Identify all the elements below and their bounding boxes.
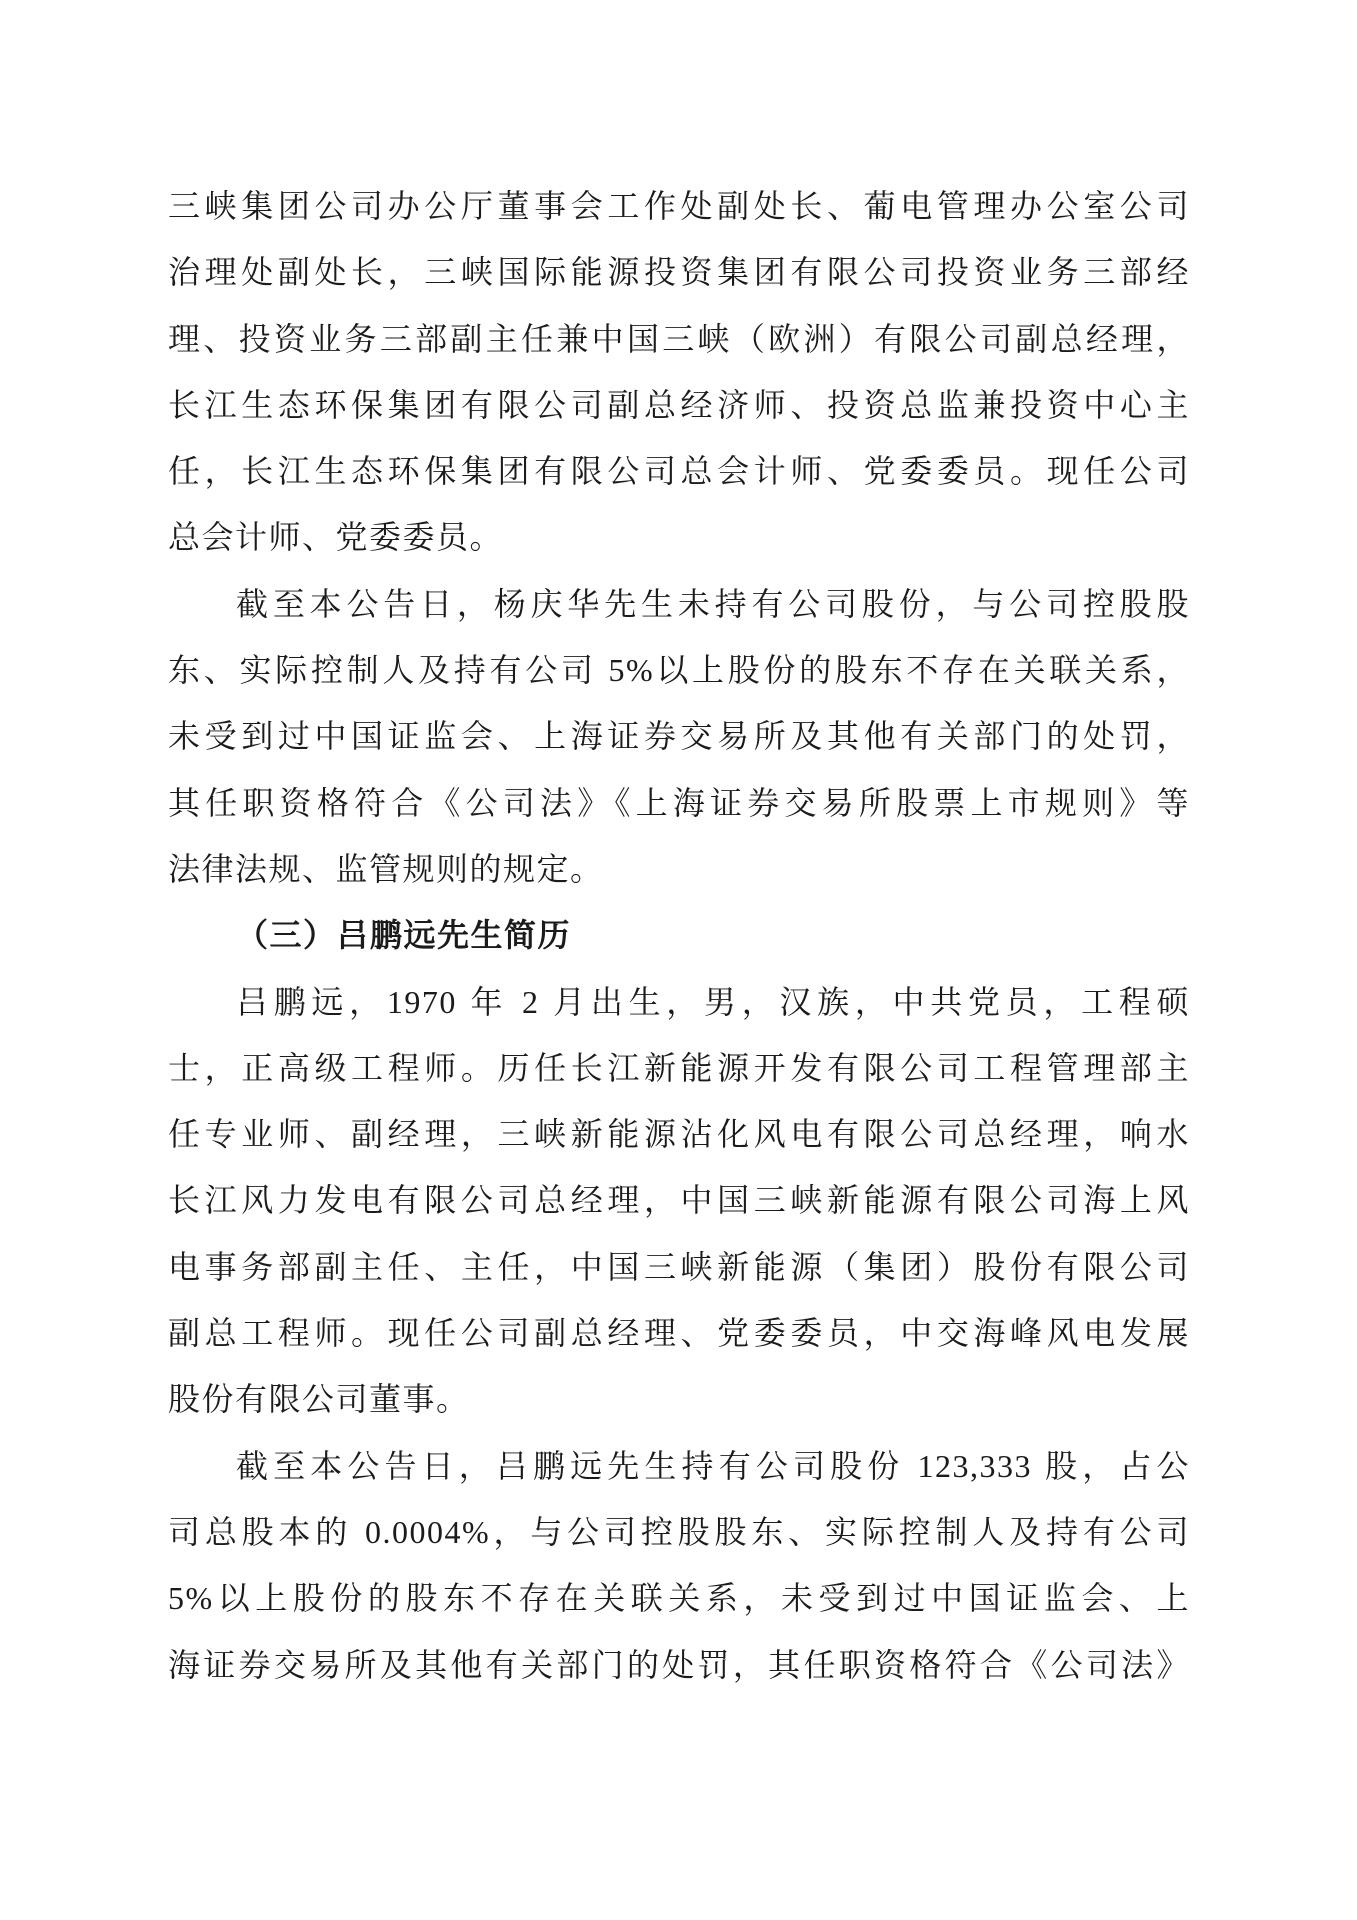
text-line: 三峡集团公司办公厅董事会工作处副处长、葡电管理办公室公司 bbox=[168, 173, 1190, 239]
text-line: 东、实际控制人及持有公司 5%以上股份的股东不存在关联关系， bbox=[168, 637, 1190, 703]
text-line: 法律法规、监管规则的规定。 bbox=[168, 836, 1190, 902]
text-line: 电事务部副主任、主任，中国三峡新能源（集团）股份有限公司 bbox=[168, 1234, 1190, 1300]
text-line: 截至本公告日，杨庆华先生未持有公司股份，与公司控股股 bbox=[168, 571, 1190, 637]
text-line: 长江风力发电有限公司总经理，中国三峡新能源有限公司海上风 bbox=[168, 1167, 1190, 1233]
text-line: 士，正高级工程师。历任长江新能源开发有限公司工程管理部主 bbox=[168, 1035, 1190, 1101]
text-line: 未受到过中国证监会、上海证券交易所及其他有关部门的处罚， bbox=[168, 703, 1190, 769]
text-line: 海证券交易所及其他有关部门的处罚，其任职资格符合《公司法》 bbox=[168, 1632, 1190, 1698]
text-line: 截至本公告日，吕鹏远先生持有公司股份 123,333 股，占公 bbox=[168, 1433, 1190, 1499]
text-line: 其任职资格符合《公司法》《上海证券交易所股票上市规则》等 bbox=[168, 770, 1190, 836]
document-page: 三峡集团公司办公厅董事会工作处副处长、葡电管理办公室公司 治理处副处长，三峡国际… bbox=[0, 0, 1357, 1920]
text-line: 理、投资业务三部副主任兼中国三峡（欧洲）有限公司副总经理， bbox=[168, 306, 1190, 372]
text-line: 治理处副处长，三峡国际能源投资集团有限公司投资业务三部经 bbox=[168, 239, 1190, 305]
text-line: 任，长江生态环保集团有限公司总会计师、党委委员。现任公司 bbox=[168, 438, 1190, 504]
text-line: 吕鹏远，1970 年 2 月出生，男，汉族，中共党员，工程硕 bbox=[168, 969, 1190, 1035]
text-line: 长江生态环保集团有限公司副总经济师、投资总监兼投资中心主 bbox=[168, 372, 1190, 438]
section-heading: （三）吕鹏远先生简历 bbox=[168, 902, 1190, 968]
text-line: 总会计师、党委委员。 bbox=[168, 504, 1190, 570]
text-line: 任专业师、副经理，三峡新能源沾化风电有限公司总经理，响水 bbox=[168, 1101, 1190, 1167]
text-line: 司总股本的 0.0004%，与公司控股股东、实际控制人及持有公司 bbox=[168, 1499, 1190, 1565]
text-line: 5%以上股份的股东不存在关联关系，未受到过中国证监会、上 bbox=[168, 1565, 1190, 1631]
text-line: 副总工程师。现任公司副总经理、党委委员，中交海峰风电发展 bbox=[168, 1300, 1190, 1366]
text-line: 股份有限公司董事。 bbox=[168, 1366, 1190, 1432]
